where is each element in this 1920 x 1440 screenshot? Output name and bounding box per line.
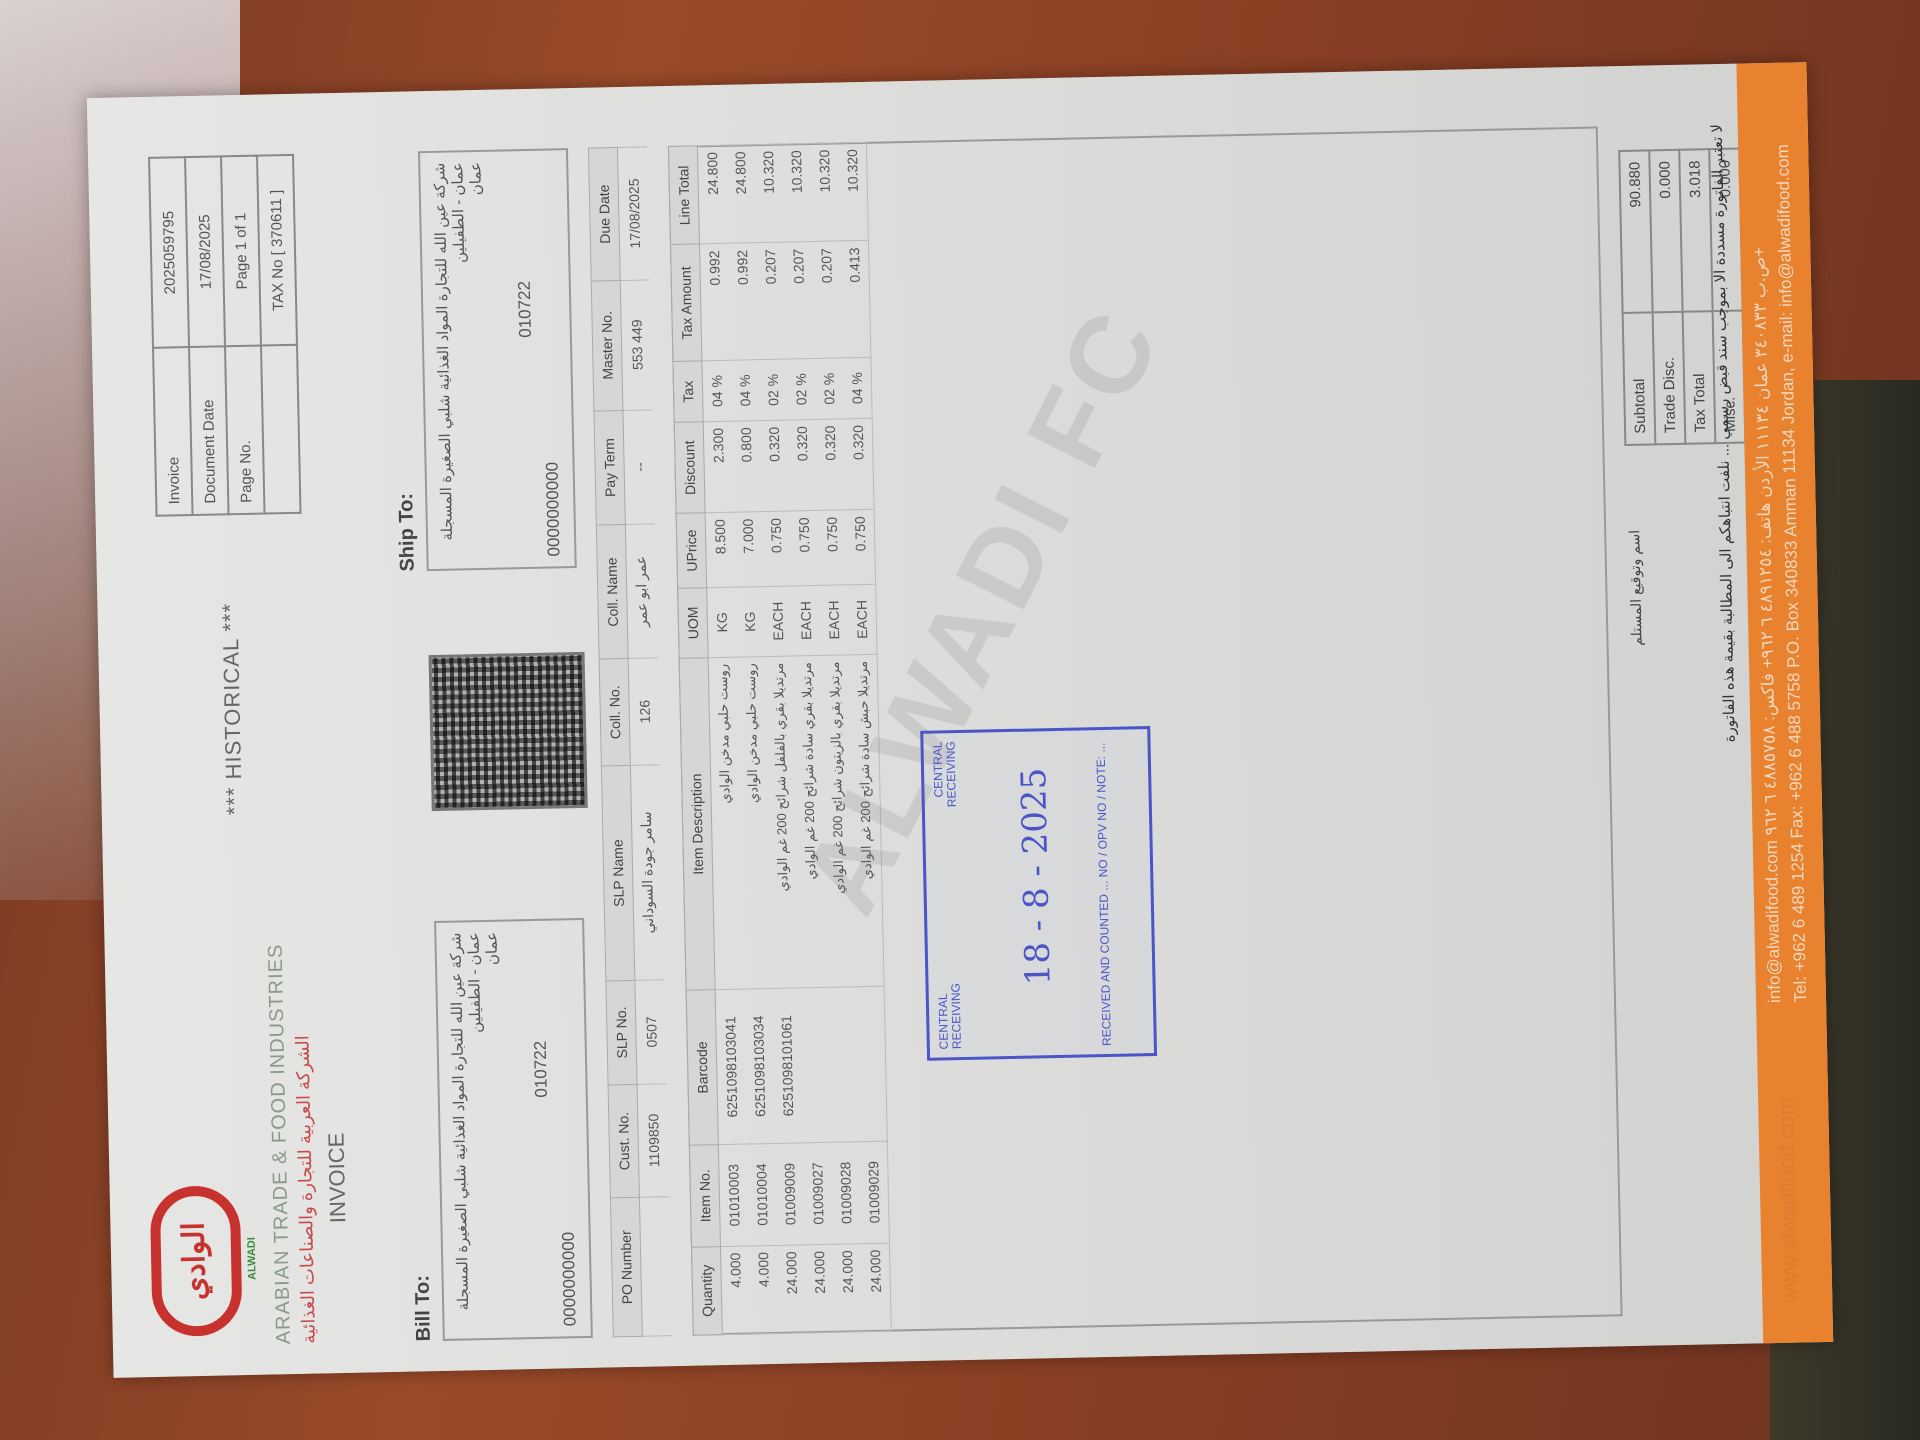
cell-tax: 04 % xyxy=(702,360,732,421)
ship-to-phone: 0000000000 xyxy=(543,462,565,557)
totals-label: Tax Total xyxy=(1683,311,1716,444)
column-header: Discount xyxy=(674,422,705,514)
column-header: Cust. No. xyxy=(608,1084,639,1198)
column-header: Due Date xyxy=(588,148,620,281)
cell-qty: 24.000 xyxy=(833,1244,863,1333)
cell-uom: EACH xyxy=(819,585,848,656)
meta-label: Page No. xyxy=(225,346,265,514)
stamp-handwritten-date: 18 - 8 - 2025 xyxy=(1014,767,1059,985)
ship-to-code: 010722 xyxy=(515,281,536,338)
cell-item-no: 01009009 xyxy=(775,1143,805,1246)
cell-barcode xyxy=(856,986,888,1141)
invoice-document: الوادي ALWADI ARABIAN TRADE & FOOD INDUS… xyxy=(87,62,1833,1378)
column-header: SLP Name xyxy=(601,765,635,981)
cell-uom: EACH xyxy=(847,584,877,655)
cell-line-total: 10.320 xyxy=(810,143,840,242)
meta-label: Document Date xyxy=(189,347,229,515)
info-cell xyxy=(639,1197,671,1336)
cell-line-total: 24.800 xyxy=(726,145,756,244)
column-header: Coll. Name xyxy=(596,525,628,660)
cell-tax: 04 % xyxy=(842,357,872,418)
column-header: Tax xyxy=(673,361,703,422)
column-header: UPrice xyxy=(676,513,707,588)
historical-banner: *** HISTORICAL *** xyxy=(217,603,247,816)
cell-qty: 4.000 xyxy=(749,1245,779,1334)
meta-label: Invoice xyxy=(153,347,193,515)
cell-uprice: 0.750 xyxy=(846,510,876,585)
qr-code xyxy=(429,652,588,811)
cell-uom: KG xyxy=(735,586,764,657)
cell-discount: 0.800 xyxy=(732,421,762,513)
totals-label: Trade Disc. xyxy=(1653,312,1686,445)
totals-value: 3.018 xyxy=(1679,149,1712,312)
ship-to-box: شركة عين الله للتجارة المواد الغذائية شل… xyxy=(418,148,577,571)
cell-tax-amount: 0.992 xyxy=(699,244,730,361)
stamp-received-text: RECEIVED AND COUNTED ... NO / OPV NO / N… xyxy=(1093,738,1113,1046)
ship-to-label: Ship To: xyxy=(395,493,420,572)
meta-value: 17/08/2025 xyxy=(185,156,225,347)
cell-line-total: 10.320 xyxy=(754,144,784,243)
info-cell: 1109850 xyxy=(637,1083,669,1197)
tax-number: TAX No [ 370611 ] xyxy=(257,155,297,346)
cell-discount: 0.320 xyxy=(844,418,874,510)
company-logo: الوادي xyxy=(150,1185,243,1337)
cell-tax-amount: 0.413 xyxy=(840,241,871,358)
cell-tax: 02 % xyxy=(814,358,843,419)
meta-value: 2025059795 xyxy=(149,157,189,348)
cell-tax: 04 % xyxy=(730,360,759,421)
stamp-corner-label: CENTRAL RECEIVING xyxy=(936,979,963,1050)
cell-tax-amount: 0.992 xyxy=(728,243,758,360)
cell-qty: 24.000 xyxy=(805,1244,835,1333)
company-name-ar: الشركة العربية للتجارة والصناعات الغذائي… xyxy=(292,1035,319,1344)
totals-value: 90.880 xyxy=(1619,150,1652,313)
cell-item-no: 01009027 xyxy=(803,1142,833,1245)
cell-uom: EACH xyxy=(791,585,820,656)
cell-item-no: 01010003 xyxy=(718,1144,749,1247)
cell-item-no: 01009029 xyxy=(859,1141,890,1244)
cell-uom: EACH xyxy=(763,586,792,657)
cell-tax: 02 % xyxy=(758,359,787,420)
info-cell: 126 xyxy=(628,658,660,765)
info-cell: سامر جودة السوداني xyxy=(630,765,664,981)
bill-to-box: شركة عين الله للتجارة المواد الغذائية شل… xyxy=(434,918,593,1341)
info-cell: 0507 xyxy=(635,980,667,1084)
website-link[interactable]: www.alwadifood.com xyxy=(1773,1097,1803,1303)
cell-uprice: 0.750 xyxy=(790,511,820,586)
cell-discount: 0.320 xyxy=(760,420,790,512)
cell-discount: 0.320 xyxy=(816,419,846,511)
cell-tax-amount: 0.207 xyxy=(784,242,814,359)
column-header: Line Total xyxy=(668,146,699,245)
cell-item-no: 01010004 xyxy=(747,1143,777,1246)
cell-line-total: 10.320 xyxy=(782,144,812,243)
cell-barcode: 6251098103034 xyxy=(744,989,775,1144)
cell-uprice: 0.750 xyxy=(818,510,848,585)
invoice-meta-box: Invoice 2025059795 Document Date 17/08/2… xyxy=(148,154,302,517)
column-header: Barcode xyxy=(686,990,718,1145)
cell-discount: 0.320 xyxy=(788,419,818,511)
meta-row: TAX No [ 370611 ] xyxy=(257,155,300,514)
info-cell: عمر ابو عمر xyxy=(625,524,657,659)
cell-uom: KG xyxy=(707,587,737,658)
bill-to-code: 010722 xyxy=(531,1041,552,1098)
order-info-table: PO NumberCust. No.SLP No.SLP NameColl. N… xyxy=(588,146,672,1337)
info-cell: -- xyxy=(623,409,655,524)
bill-to-phone: 0000000000 xyxy=(559,1232,581,1327)
receiving-stamp: CENTRAL RECEIVING CENTRAL RECEIVING 18 -… xyxy=(920,726,1157,1061)
column-header: Quantity xyxy=(691,1246,722,1335)
cell-uprice: 8.500 xyxy=(705,512,735,587)
cell-line-total: 10.320 xyxy=(838,142,869,241)
receiver-signature-label: اسم وتوقيع المستلم xyxy=(1626,530,1645,646)
logo-subtitle: ALWADI xyxy=(246,1237,259,1280)
cell-tax-amount: 0.207 xyxy=(756,243,786,360)
info-cell: 17/08/2025 xyxy=(617,147,649,280)
stamp-corner-label: CENTRAL RECEIVING xyxy=(931,741,958,812)
bill-to-label: Bill To: xyxy=(412,1275,436,1342)
cell-qty: 4.000 xyxy=(720,1246,750,1335)
meta-value: Page 1 of 1 xyxy=(221,156,261,347)
info-cell: 553 449 xyxy=(620,279,652,410)
column-header: Pay Term xyxy=(594,410,625,525)
column-header: Item No. xyxy=(689,1145,720,1248)
totals-label: Subtotal xyxy=(1623,312,1656,445)
company-name-en: ARABIAN TRADE & FOOD INDUSTRIES xyxy=(265,943,296,1344)
totals-value: 0.000 xyxy=(1649,150,1682,313)
cell-qty: 24.000 xyxy=(861,1243,891,1332)
column-header: PO Number xyxy=(610,1198,642,1337)
cell-barcode: 6251098103041 xyxy=(715,989,747,1144)
cell-uprice: 7.000 xyxy=(734,512,764,587)
column-header: UOM xyxy=(678,587,708,658)
column-header: Coll. No. xyxy=(599,659,630,766)
column-header: SLP No. xyxy=(606,980,637,1084)
cell-tax-amount: 0.207 xyxy=(812,241,842,358)
cell-qty: 24.000 xyxy=(777,1245,807,1334)
cell-line-total: 24.800 xyxy=(697,145,728,244)
cell-tax: 02 % xyxy=(786,359,815,420)
cell-barcode xyxy=(828,987,859,1142)
cell-barcode xyxy=(800,988,831,1143)
column-header: Tax Amount xyxy=(670,244,701,361)
column-header: Master No. xyxy=(591,280,623,411)
cell-barcode: 6251098101061 xyxy=(772,988,803,1143)
document-title: INVOICE xyxy=(324,1132,352,1223)
cell-item-no: 01009028 xyxy=(831,1142,861,1245)
cell-discount: 2.300 xyxy=(703,421,733,513)
cell-uprice: 0.750 xyxy=(762,511,792,586)
